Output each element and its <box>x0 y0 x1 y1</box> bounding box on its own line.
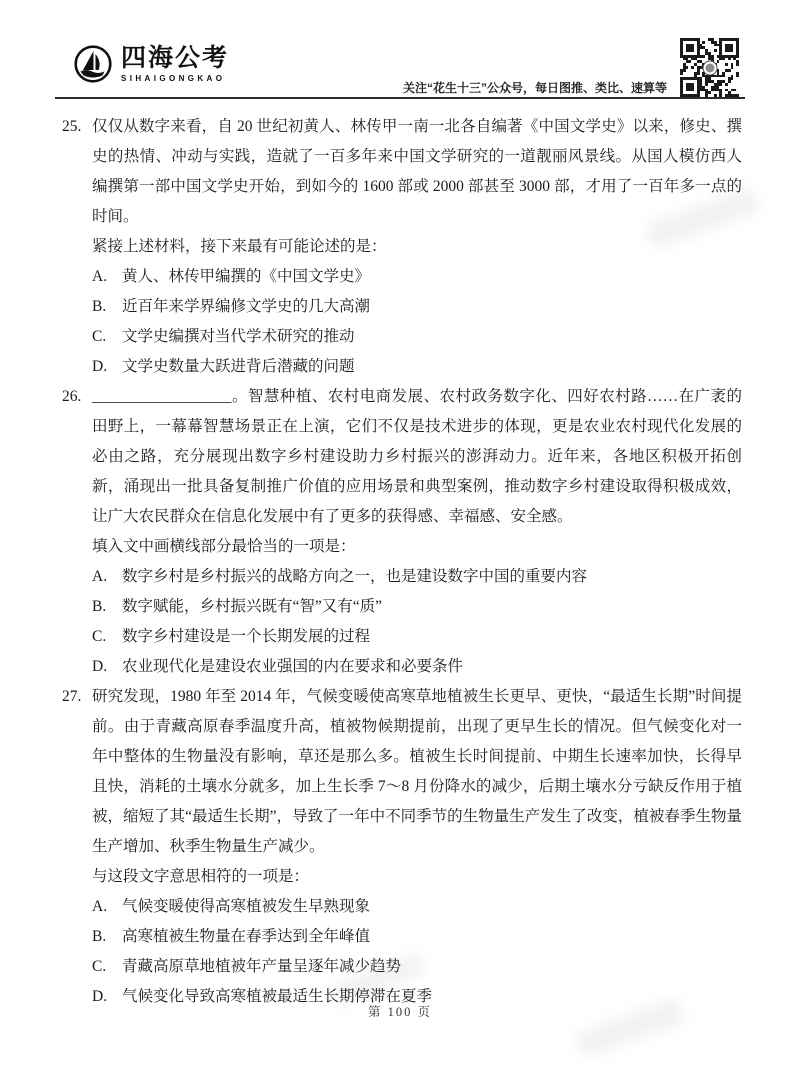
option-label: D. <box>92 652 122 682</box>
brand-name: 四海公考 <box>121 46 229 71</box>
option-b: B. 数字赋能，乡村振兴既有“智”又有“质” <box>62 592 742 622</box>
page-footer: 第 100 页 <box>0 1002 800 1020</box>
option-text: 高寒植被生物量在春季达到全年峰值 <box>122 922 742 952</box>
option-text: 数字乡村建设是一个长期发展的过程 <box>122 622 742 652</box>
question-prompt: 与这段文字意思相符的一项是： <box>62 862 742 892</box>
option-label: C. <box>92 952 122 982</box>
option-label: B. <box>92 292 122 322</box>
option-c: C. 数字乡村建设是一个长期发展的过程 <box>62 622 742 652</box>
option-a: A. 气候变暖使得高寒植被发生早熟现象 <box>62 892 742 922</box>
question-number: 27. <box>62 682 92 712</box>
option-label: A. <box>92 892 122 922</box>
option-text: 数字乡村是乡村振兴的战略方向之一，也是建设数字中国的重要内容 <box>122 562 742 592</box>
question-number: 25. <box>62 112 92 142</box>
option-label: B. <box>92 922 122 952</box>
option-label: D. <box>92 352 122 382</box>
option-text: 文学史编撰对当代学术研究的推动 <box>122 322 742 352</box>
question-26: 26. __________________。智慧种植、农村电商发展、农村政务数… <box>62 382 742 682</box>
option-label: A. <box>92 262 122 292</box>
option-text: 近百年来学界编修文学史的几大高潮 <box>122 292 742 322</box>
option-a: A. 黄人、林传甲编撰的《中国文学史》 <box>62 262 742 292</box>
option-text: 文学史数量大跃进背后潜藏的问题 <box>122 352 742 382</box>
question-25: 25. 仅仅从数字来看，自 20 世纪初黄人、林传甲一南一北各自编著《中国文学史… <box>62 112 742 382</box>
brand-romanized: SIHAIGONGKAO <box>121 75 229 83</box>
option-a: A. 数字乡村是乡村振兴的战略方向之一，也是建设数字中国的重要内容 <box>62 562 742 592</box>
option-c: C. 文学史编撰对当代学术研究的推动 <box>62 322 742 352</box>
sailboat-logo-icon <box>73 44 113 84</box>
document-page: 四海公考 SIHAIGONGKAO 关注“花生十三”公众号，每日图推、类比、速算… <box>0 0 800 1086</box>
page-number: 第 100 页 <box>368 1005 432 1019</box>
option-label: A. <box>92 562 122 592</box>
question-27: 27. 研究发现，1980 年至 2014 年，气候变暖使高寒草地植被生长更早、… <box>62 682 742 1012</box>
brand-text: 四海公考 SIHAIGONGKAO <box>121 46 229 83</box>
questions-area: 25. 仅仅从数字来看，自 20 世纪初黄人、林传甲一南一北各自编著《中国文学史… <box>62 112 742 1012</box>
qr-center-avatar <box>703 61 716 74</box>
option-text: 农业现代化是建设农业强国的内在要求和必要条件 <box>122 652 742 682</box>
option-b: B. 高寒植被生物量在春季达到全年峰值 <box>62 922 742 952</box>
option-text: 黄人、林传甲编撰的《中国文学史》 <box>122 262 742 292</box>
header-tagline: 关注“花生十三”公众号，每日图推、类比、速算等 <box>403 79 667 96</box>
brand-logo: 四海公考 SIHAIGONGKAO <box>73 44 229 84</box>
question-prompt: 填入文中画横线部分最恰当的一项是： <box>62 532 742 562</box>
question-number: 26. <box>62 382 92 412</box>
page-header: 四海公考 SIHAIGONGKAO 关注“花生十三”公众号，每日图推、类比、速算… <box>55 36 745 98</box>
option-d: D. 农业现代化是建设农业强国的内在要求和必要条件 <box>62 652 742 682</box>
option-text: 气候变暖使得高寒植被发生早熟现象 <box>122 892 742 922</box>
question-stem: 仅仅从数字来看，自 20 世纪初黄人、林传甲一南一北各自编著《中国文学史》以来，… <box>92 112 742 232</box>
option-text: 数字赋能，乡村振兴既有“智”又有“质” <box>122 592 742 622</box>
option-label: C. <box>92 622 122 652</box>
option-label: B. <box>92 592 122 622</box>
header-divider <box>55 97 745 99</box>
option-b: B. 近百年来学界编修文学史的几大高潮 <box>62 292 742 322</box>
question-stem: __________________。智慧种植、农村电商发展、农村政务数字化、四… <box>92 382 742 532</box>
question-stem: 研究发现，1980 年至 2014 年，气候变暖使高寒草地植被生长更早、更快，“… <box>92 682 742 862</box>
option-c: C. 青藏高原草地植被年产量呈逐年减少趋势 <box>62 952 742 982</box>
question-prompt: 紧接上述材料，接下来最有可能论述的是： <box>62 232 742 262</box>
qr-code <box>680 38 739 97</box>
option-label: C. <box>92 322 122 352</box>
option-d: D. 文学史数量大跃进背后潜藏的问题 <box>62 352 742 382</box>
option-text: 青藏高原草地植被年产量呈逐年减少趋势 <box>122 952 742 982</box>
